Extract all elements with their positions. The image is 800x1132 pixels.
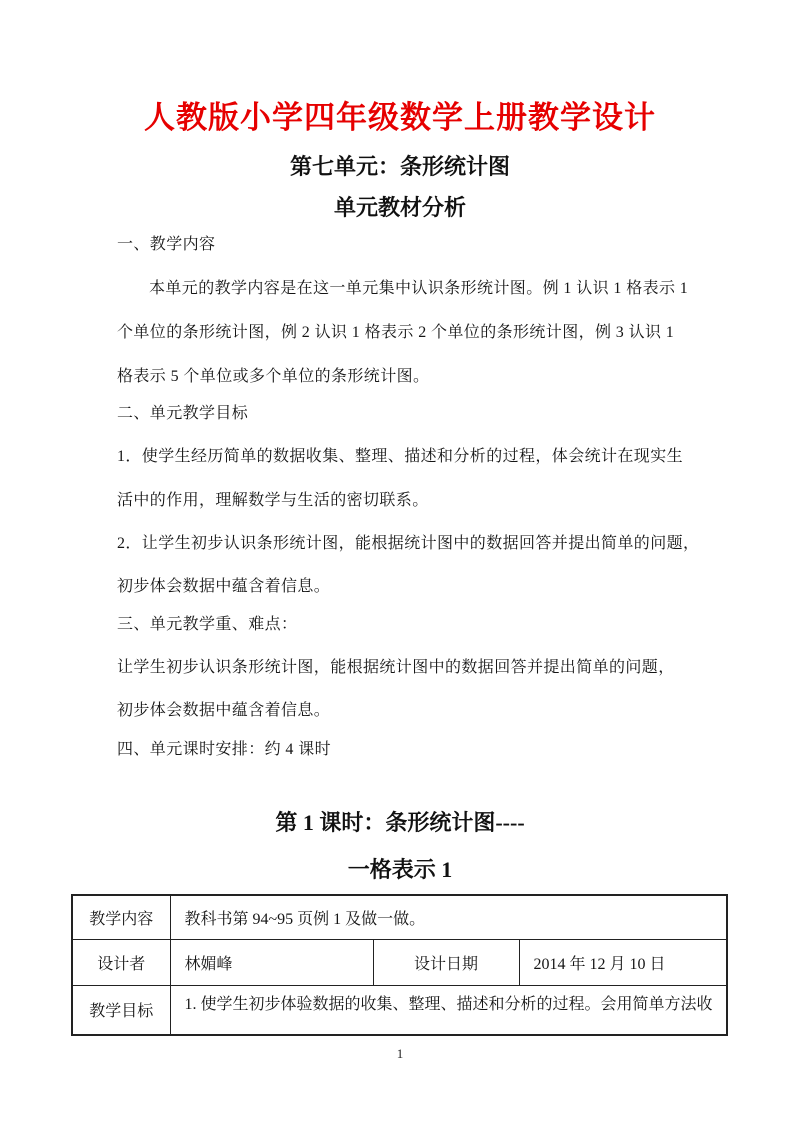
lesson-info-table: 教学内容 教科书第 94~95 页例 1 及做一做。 设计者 林媚峰 设计日期 …	[71, 894, 728, 1036]
body-line: 2．让学生初步认识条形统计图，能根据统计图中的数据回答并提出简单的问题，	[117, 534, 717, 554]
body-line: 初步体会数据中蕴含着信息。	[117, 577, 717, 597]
lesson-title-line2: 一格表示 1	[0, 853, 800, 884]
table-row-teaching-content: 教学内容 教科书第 94~95 页例 1 及做一做。	[72, 895, 727, 939]
cell-teaching-content-label: 教学内容	[72, 895, 170, 939]
page-number: 1	[0, 1046, 800, 1062]
table-row-teaching-goal: 教学目标 1. 使学生初步体验数据的收集、整理、描述和分析的过程。会用简单方法收	[72, 985, 727, 1035]
body-line: 本单元的教学内容是在这一单元集中认识条形统计图。例 1 认识 1 格表示 1	[149, 279, 749, 299]
body-line: 个单位的条形统计图，例 2 认识 1 格表示 2 个单位的条形统计图，例 3 认…	[117, 323, 717, 343]
cell-designer-value: 林媚峰	[170, 939, 373, 985]
cell-teaching-goal-value: 1. 使学生初步体验数据的收集、整理、描述和分析的过程。会用简单方法收	[170, 985, 727, 1035]
cell-teaching-content-value: 教科书第 94~95 页例 1 及做一做。	[170, 895, 727, 939]
document-title: 人教版小学四年级数学上册教学设计	[0, 92, 800, 137]
cell-teaching-goal-label: 教学目标	[72, 985, 170, 1035]
unit-title: 第七单元：条形统计图	[0, 150, 800, 181]
body-line: 初步体会数据中蕴含着信息。	[117, 701, 717, 721]
body-line: 让学生初步认识条形统计图，能根据统计图中的数据回答并提出简单的问题，	[117, 658, 717, 678]
lesson-title-line1: 第 1 课时：条形统计图----	[0, 806, 800, 837]
body-line-heading-4: 四、单元课时安排：约 4 课时	[117, 740, 717, 760]
cell-design-date-label: 设计日期	[373, 939, 519, 985]
cell-design-date-value: 2014 年 12 月 10 日	[519, 939, 727, 985]
document-page: 人教版小学四年级数学上册教学设计 第七单元：条形统计图 单元教材分析 一、教学内…	[0, 0, 800, 1132]
body-line-heading-2: 二、单元教学目标	[117, 404, 717, 424]
body-line-heading-3: 三、单元教学重、难点：	[117, 615, 717, 635]
section-title: 单元教材分析	[0, 191, 800, 222]
table-row-designer: 设计者 林媚峰 设计日期 2014 年 12 月 10 日	[72, 939, 727, 985]
body-line: 1．使学生经历简单的数据收集、整理、描述和分析的过程，体会统计在现实生	[117, 447, 717, 467]
cell-designer-label: 设计者	[72, 939, 170, 985]
body-line-heading-1: 一、教学内容	[117, 235, 717, 255]
body-line: 格表示 5 个单位或多个单位的条形统计图。	[117, 367, 717, 387]
body-line: 活中的作用，理解数学与生活的密切联系。	[117, 491, 717, 511]
